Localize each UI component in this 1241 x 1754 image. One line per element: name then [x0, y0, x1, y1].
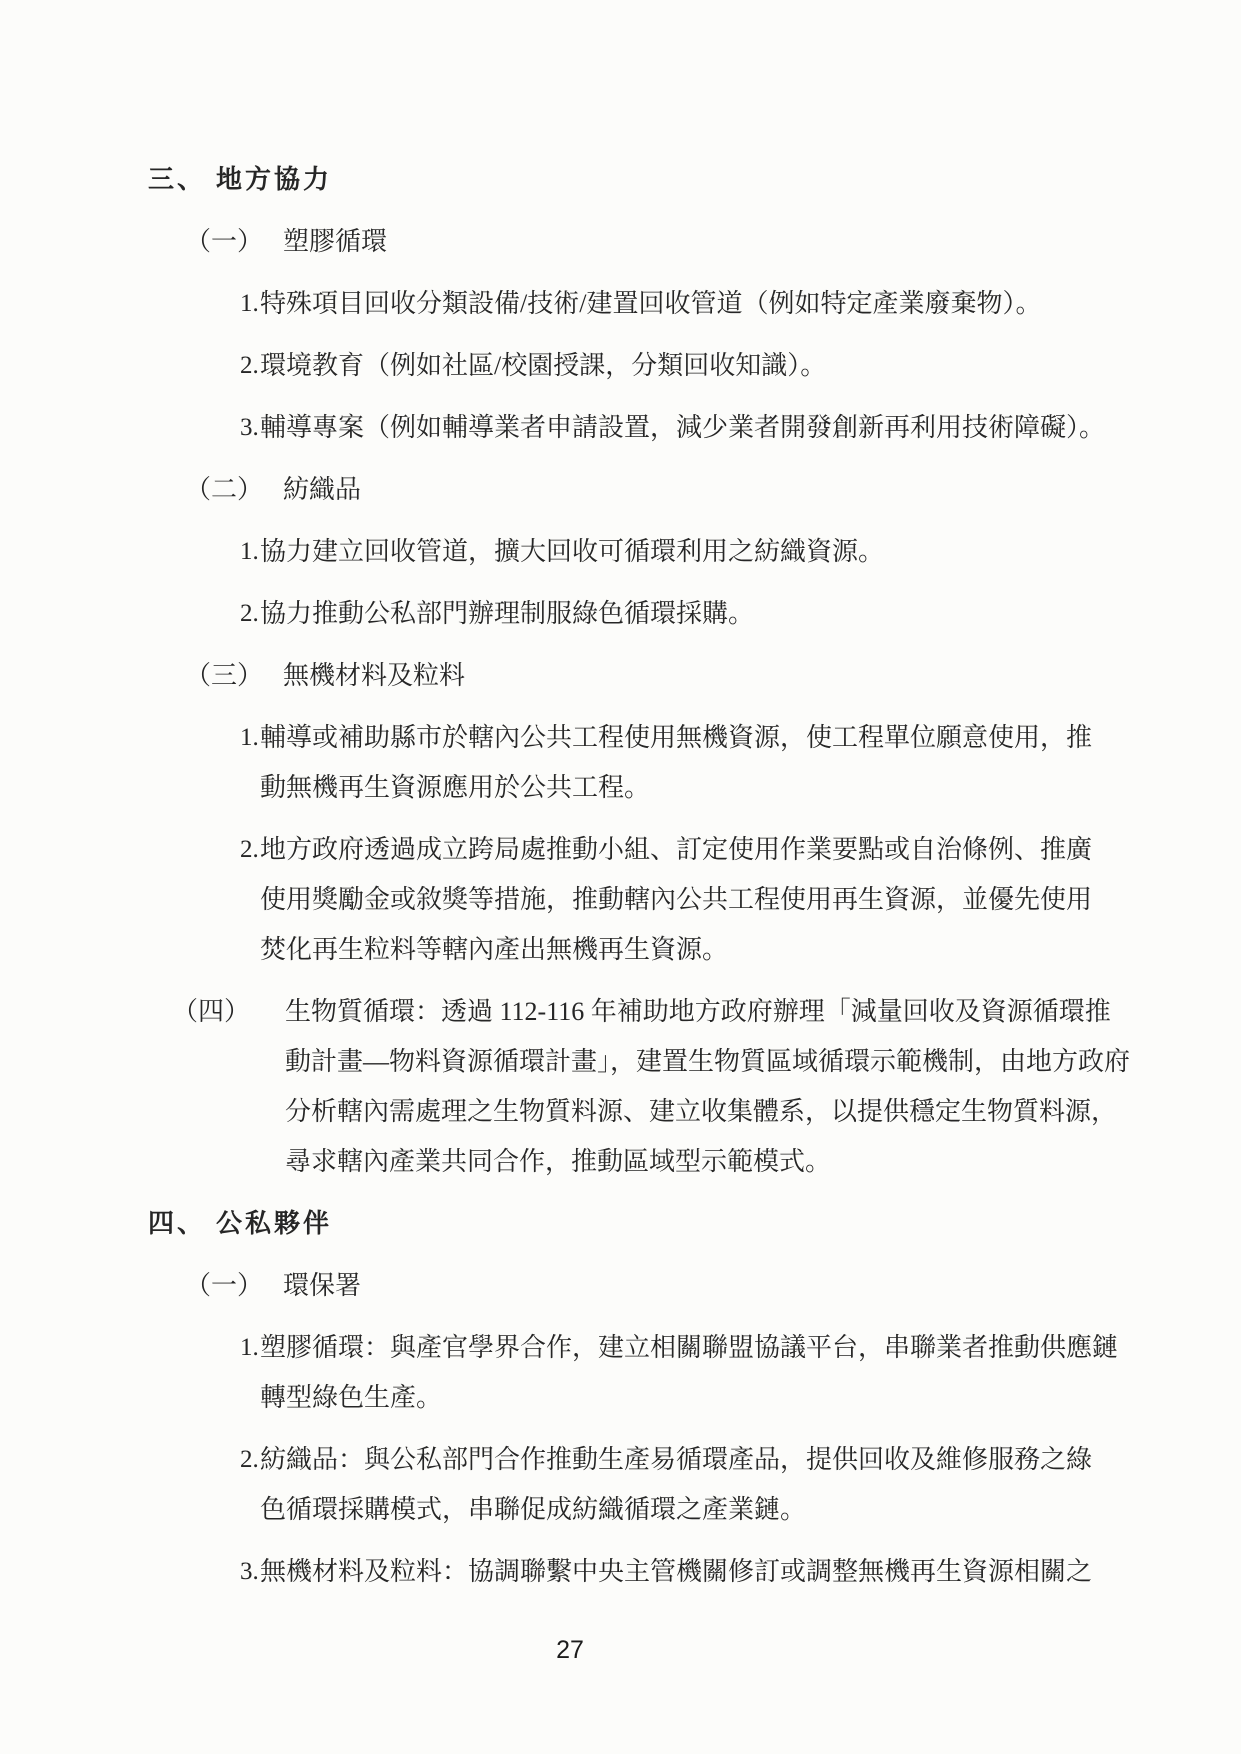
item-number: 1. [240, 1323, 260, 1373]
section-heading-3: 三、地方協力 [148, 155, 1241, 205]
document-content: 三、地方協力 （一） 塑膠循環 1. 特殊項目回收分類設備/技術/建置回收管道（… [0, 155, 1241, 1609]
list-item: 2. 協力推動公私部門辦理制服綠色循環採購。 [240, 589, 1110, 639]
item-number: 1. [240, 713, 260, 763]
item-text: 協力建立回收管道，擴大回收可循環利用之紡織資源。 [260, 527, 884, 577]
document-page: 三、地方協力 （一） 塑膠循環 1. 特殊項目回收分類設備/技術/建置回收管道（… [0, 0, 1241, 1754]
subsection-heading-number: （二） [185, 465, 283, 515]
section-heading-4: 四、公私夥伴 [148, 1199, 1241, 1249]
list-item: 2. 環境教育（例如社區/校園授課，分類回收知識）。 [240, 341, 1110, 391]
list-item-line: 2. 地方政府透過成立跨局處推動小組、訂定使用作業要點或自治條例、推廣 [240, 825, 1110, 875]
item-text: 焚化再生粒料等轄內產出無機再生資源。 [260, 925, 1110, 975]
subsection-paragraph-biomass: （四） 生物質循環：透過 112-116 年補助地方政府辦理「減量回收及資源循環… [172, 987, 1241, 1187]
item-text: 輔導或補助縣市於轄內公共工程使用無機資源，使工程單位願意使用，推 [260, 713, 1092, 763]
item-number: 2. [240, 341, 260, 391]
paragraph-line: 分析轄內需處理之生物質料源、建立收集體系，以提供穩定生物質料源， [285, 1087, 1110, 1137]
subsection-heading-plastics: （一） 塑膠循環 [185, 217, 1241, 267]
item-text: 使用獎勵金或敘獎等措施，推動轄內公共工程使用再生資源，並優先使用 [260, 875, 1110, 925]
item-number: 2. [240, 1435, 260, 1485]
list-item: 1. 輔導或補助縣市於轄內公共工程使用無機資源，使工程單位願意使用，推 動無機再… [240, 713, 1110, 813]
item-number: 1. [240, 279, 260, 329]
subsection-heading-textiles: （二） 紡織品 [185, 465, 1241, 515]
item-text: 地方政府透過成立跨局處推動小組、訂定使用作業要點或自治條例、推廣 [260, 825, 1092, 875]
item-text: 輔導專案（例如輔導業者申請設置，減少業者開發創新再利用技術障礙）。 [260, 403, 1105, 453]
list-item-line: 1. 塑膠循環：與產官學界合作，建立相關聯盟協議平台，串聯業者推動供應鏈 [240, 1323, 1110, 1373]
item-number: 3. [240, 403, 260, 453]
list-item: 1. 特殊項目回收分類設備/技術/建置回收管道（例如特定產業廢棄物）。 [240, 279, 1110, 329]
item-number: 2. [240, 589, 260, 639]
paragraph-line: 生物質循環：透過 112-116 年補助地方政府辦理「減量回收及資源循環推 [285, 987, 1110, 1037]
subsection-heading-epa: （一） 環保署 [185, 1261, 1241, 1311]
list-item-line: 1. 特殊項目回收分類設備/技術/建置回收管道（例如特定產業廢棄物）。 [240, 279, 1110, 329]
item-text: 塑膠循環：與產官學界合作，建立相關聯盟協議平台，串聯業者推動供應鏈 [260, 1323, 1118, 1373]
subsection-heading-number: （四） [172, 987, 285, 1037]
paragraph-body: 生物質循環：透過 112-116 年補助地方政府辦理「減量回收及資源循環推 動計… [285, 987, 1110, 1187]
item-number: 2. [240, 825, 260, 875]
list-item: 1. 協力建立回收管道，擴大回收可循環利用之紡織資源。 [240, 527, 1110, 577]
list-item: 3. 輔導專案（例如輔導業者申請設置，減少業者開發創新再利用技術障礙）。 [240, 403, 1110, 453]
list-item: 3. 無機材料及粒料：協調聯繫中央主管機關修訂或調整無機再生資源相關之 [240, 1547, 1110, 1597]
list-item: 1. 塑膠循環：與產官學界合作，建立相關聯盟協議平台，串聯業者推動供應鏈 轉型綠… [240, 1323, 1110, 1423]
item-text: 色循環採購模式，串聯促成紡織循環之產業鏈。 [260, 1485, 1110, 1535]
item-text: 轉型綠色生產。 [260, 1373, 1110, 1423]
section-heading-title: 公私夥伴 [216, 1209, 332, 1238]
subsection-heading-inorganic: （三） 無機材料及粒料 [185, 651, 1241, 701]
item-number: 1. [240, 527, 260, 577]
subsection-heading-number: （一） [185, 1261, 283, 1311]
list-item-line: 3. 輔導專案（例如輔導業者申請設置，減少業者開發創新再利用技術障礙）。 [240, 403, 1110, 453]
subsection-heading-title: 紡織品 [283, 465, 361, 515]
item-text: 環境教育（例如社區/校園授課，分類回收知識）。 [260, 341, 826, 391]
paragraph-line: 尋求轄內產業共同合作，推動區域型示範模式。 [285, 1137, 1110, 1187]
list-item-line: 3. 無機材料及粒料：協調聯繫中央主管機關修訂或調整無機再生資源相關之 [240, 1547, 1110, 1597]
list-item: 2. 地方政府透過成立跨局處推動小組、訂定使用作業要點或自治條例、推廣 使用獎勵… [240, 825, 1110, 975]
page-number: 27 [535, 1632, 605, 1668]
list-item-line: 2. 環境教育（例如社區/校園授課，分類回收知識）。 [240, 341, 1110, 391]
item-number: 3. [240, 1547, 260, 1597]
section-heading-number: 四、 [148, 1209, 206, 1238]
section-heading-title: 地方協力 [216, 165, 332, 194]
subsection-heading-number: （一） [185, 217, 283, 267]
list-item-line: 2. 協力推動公私部門辦理制服綠色循環採購。 [240, 589, 1110, 639]
paragraph-line: 動計畫—物料資源循環計畫」，建置生物質區域循環示範機制，由地方政府 [285, 1037, 1110, 1087]
subsection-heading-title: 環保署 [283, 1261, 361, 1311]
subsection-heading-number: （三） [185, 651, 283, 701]
item-text: 特殊項目回收分類設備/技術/建置回收管道（例如特定產業廢棄物）。 [260, 279, 1041, 329]
subsection-heading-title: 無機材料及粒料 [283, 651, 465, 701]
item-text: 紡織品：與公私部門合作推動生產易循環產品，提供回收及維修服務之綠 [260, 1435, 1092, 1485]
list-item-line: 1. 輔導或補助縣市於轄內公共工程使用無機資源，使工程單位願意使用，推 [240, 713, 1110, 763]
section-heading-number: 三、 [148, 165, 206, 194]
list-item: 2. 紡織品：與公私部門合作推動生產易循環產品，提供回收及維修服務之綠 色循環採… [240, 1435, 1110, 1535]
item-text: 協力推動公私部門辦理制服綠色循環採購。 [260, 589, 754, 639]
item-text: 動無機再生資源應用於公共工程。 [260, 763, 1110, 813]
item-text: 無機材料及粒料：協調聯繫中央主管機關修訂或調整無機再生資源相關之 [260, 1547, 1092, 1597]
list-item-line: 2. 紡織品：與公私部門合作推動生產易循環產品，提供回收及維修服務之綠 [240, 1435, 1110, 1485]
list-item-line: 1. 協力建立回收管道，擴大回收可循環利用之紡織資源。 [240, 527, 1110, 577]
subsection-heading-title: 塑膠循環 [283, 217, 387, 267]
